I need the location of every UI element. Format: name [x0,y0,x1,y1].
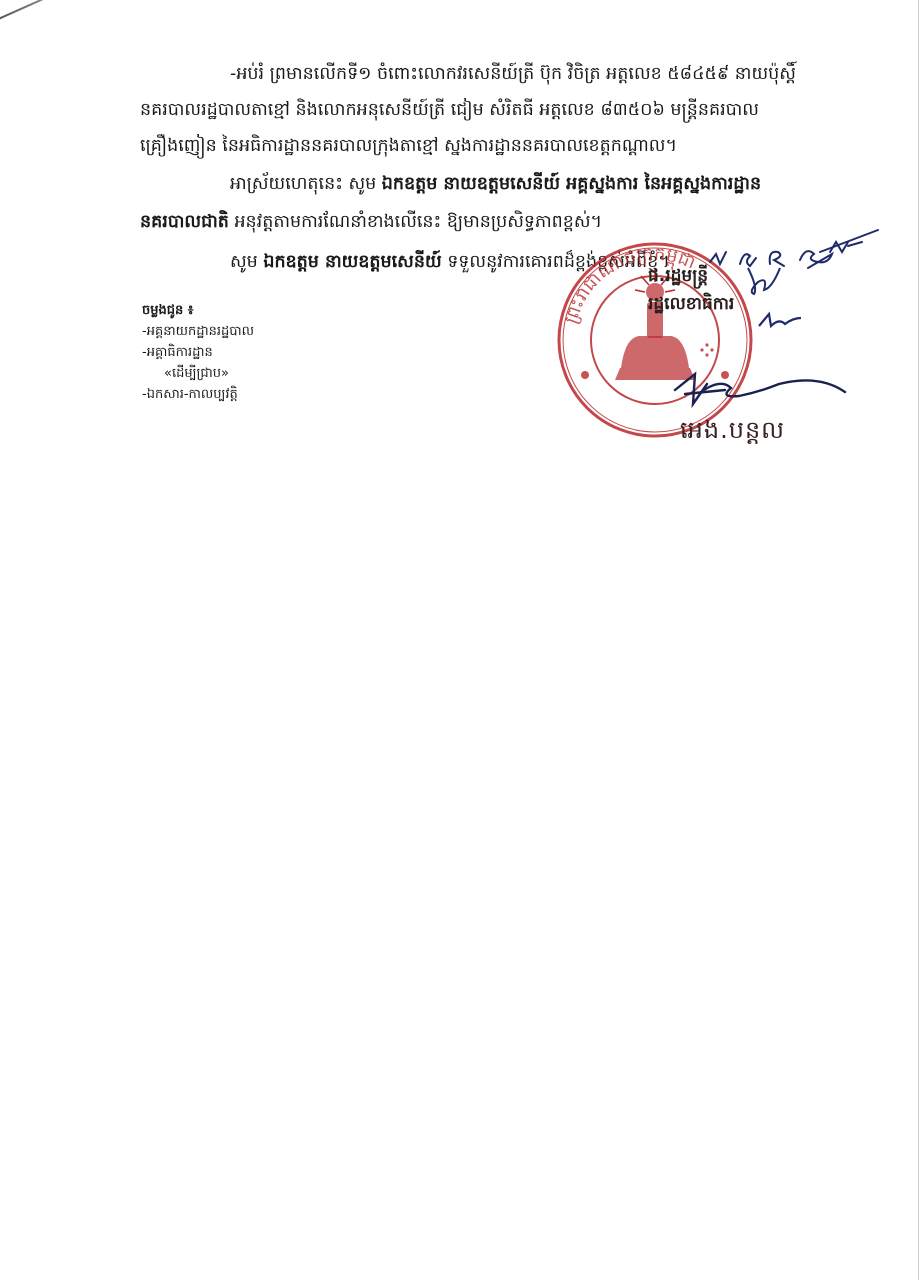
signer-name: អេង.បន្តល [680,415,785,450]
copies-item: -អគ្គនាយកដ្ឋានរដ្ឋបាល [142,321,254,342]
paragraph-2-line-1: អាស្រ័យហេតុនេះ សូម ឯកឧត្តម នាយឧត្តមសេនីយ… [230,164,761,204]
document-body: -អប់រំ ព្រមានលើកទី១ ចំពោះលោកវរសេនីយ៍ត្រី… [140,54,840,234]
paragraph-2-rest: អនុវត្តតាមការណែនាំខាងលើនេះ ឱ្យមានប្រសិទ្… [229,212,602,232]
copies-item: -អគ្គាធិការដ្ឋាន [142,342,254,363]
paragraph-2-addressee: ឯកឧត្តម នាយឧត្តមសេនីយ៍ អគ្គស្នងការ នៃអគ្… [382,174,761,194]
copies-list: ចម្លងជូន ៖ -អគ្គនាយកដ្ឋានរដ្ឋបាល -អគ្គាធ… [142,300,254,405]
signature-block: ជ.រដ្ឋមន្ត្រី រដ្ឋលេខាធិការ [648,262,734,318]
signer-title-1: ជ.រដ្ឋមន្ត្រី [648,262,734,290]
paragraph-2-prefix: អាស្រ័យហេតុនេះ សូម [230,174,382,194]
copies-item: «ដើម្បីជ្រាប» [142,363,254,384]
paragraph-1-line-1: -អប់រំ ព្រមានលើកទី១ ចំពោះលោកវរសេនីយ៍ត្រី… [230,54,796,94]
paragraph-2-line-2: នគរបាលជាតិ អនុវត្តតាមការណែនាំខាងលើនេះ ឱ្… [140,202,602,242]
signer-title-2: រដ្ឋលេខាធិការ [648,290,734,318]
copies-item: -ឯកសារ-កាលប្បវត្តិ [142,384,254,405]
paragraph-3-prefix: សូម [230,252,263,272]
paragraph-1-line-2: នគរបាលរដ្ឋបាលតាខ្មៅ និងលោកអនុសេនីយ៍ត្រី … [140,90,759,130]
paragraph-2-addressee-cont: នគរបាលជាតិ [140,212,229,232]
copies-header: ចម្លងជូន ៖ [142,300,254,321]
paragraph-1-line-3: គ្រឿងញៀន នៃអធិការដ្ឋាននគរបាលក្រុងតាខ្មៅ … [140,126,677,166]
paragraph-3-addressee: ឯកឧត្តម នាយឧត្តមសេនីយ៍ [263,252,441,272]
